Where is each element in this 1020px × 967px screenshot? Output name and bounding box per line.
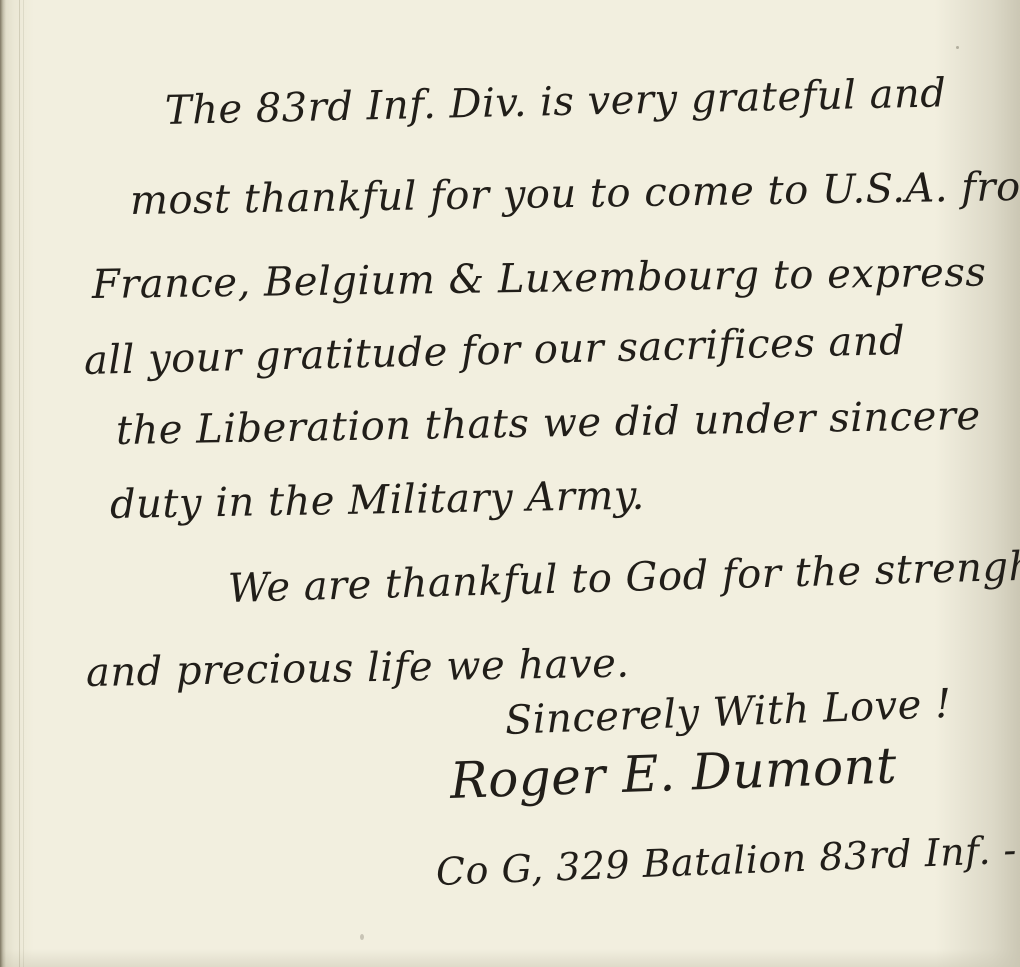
signature: Roger E. Dumont (449, 736, 898, 810)
handwritten-line: all your gratitude for our sacrifices an… (83, 318, 905, 384)
handwritten-line: and precious life we have. (86, 641, 630, 696)
scan-speck (956, 46, 959, 49)
binding-crease (19, 0, 20, 967)
scan-speck (360, 934, 364, 940)
handwritten-line: France, Belgium & Luxembourg to express (92, 250, 987, 308)
handwritten-line: the Liberation thats we did under sincer… (116, 393, 981, 454)
closing-line: Sincerely With Love ! (504, 681, 952, 744)
unit-line: Co G, 329 Batalion 83rd Inf. - - (435, 827, 1020, 894)
handwritten-line: most thankful for you to come to U.S.A. … (130, 163, 1020, 224)
scanned-handwritten-note-page: The 83rd Inf. Div. is very grateful and … (0, 0, 1020, 967)
handwritten-line: We are thankful to God for the strenght (227, 543, 1020, 612)
binding-crease (23, 0, 24, 967)
handwritten-line: duty in the Military Army. (110, 473, 646, 528)
handwritten-line: The 83rd Inf. Div. is very grateful and (164, 70, 946, 134)
